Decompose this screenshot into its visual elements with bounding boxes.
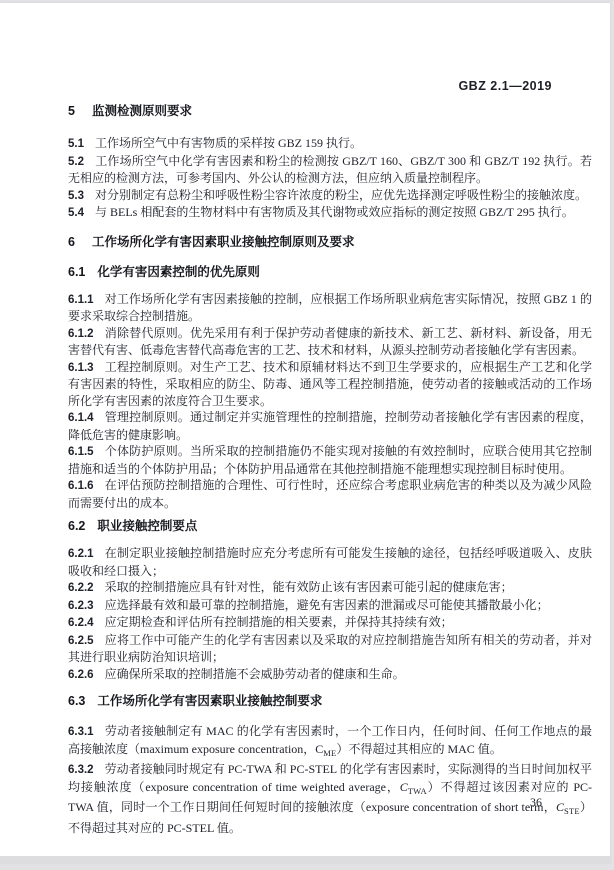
clause-number: 6.3.1 — [68, 726, 94, 738]
clause-6-2-1: 6.2.1在制定职业接触控制措施时应充分考虑所有可能发生接触的途径，包括经呼吸道… — [68, 545, 592, 579]
clause-number: 6.2.6 — [68, 669, 94, 681]
clause-text: 在评估预防控制措施的合理性、可行性时，还应综合考虑职业病危害的种类以及为减少风险… — [68, 478, 592, 510]
clause-number: 6.1.4 — [68, 412, 94, 424]
clause-text: 应确保所采取的控制措施不会威胁劳动者的健康和生命。 — [105, 667, 405, 681]
symbol-subscript: STE — [564, 806, 580, 816]
clause-number: 6 — [68, 235, 75, 249]
clause-number: 5 — [68, 104, 75, 118]
clause-number: 5.3 — [68, 190, 84, 202]
symbol-italic: C — [556, 800, 564, 814]
clause-number: 6.1.1 — [68, 294, 94, 306]
document-page: GBZ 2.1—2019 5监测检测原则要求5.1工作场所空气中有害物质的采样按… — [0, 3, 610, 863]
clause-number: 6.1.3 — [68, 362, 94, 374]
clause-number: 6.2.2 — [68, 582, 94, 594]
heading-text: 工作场所化学有害因素职业接触控制原则及要求 — [92, 235, 355, 249]
symbol-subscript: TWA — [408, 786, 427, 796]
section-heading-6-2: 6.2职业接触控制要点 — [68, 518, 592, 535]
symbol-subscript: ME — [323, 748, 336, 758]
clause-6-2-6: 6.2.6应确保所采取的控制措施不会威胁劳动者的健康和生命。 — [68, 666, 592, 684]
clause-text: 个体防护原则。当所采取的控制措施仍不能实现对接触的有效控制时，应联合使用其它控制… — [68, 444, 592, 476]
clause-number: 6.2 — [68, 519, 85, 533]
clause-6-1-2: 6.1.2消除替代原则。优先采用有利于保护劳动者健康的新技术、新工艺、新材料、新… — [68, 325, 592, 359]
section-heading-5: 5监测检测原则要求 — [68, 103, 592, 120]
clause-number: 5.1 — [68, 138, 84, 150]
clause-6-2-5: 6.2.5应将工作中可能产生的化学有害因素以及采取的对应控制措施告知所有相关的劳… — [68, 632, 592, 666]
clause-text: 工作场所空气中有害物质的采样按 GBZ 159 执行。 — [95, 136, 362, 150]
clause-text: 对工作场所化学有害因素接触的控制，应根据工作场所职业病危害实际情况，按照 GBZ… — [68, 292, 592, 324]
clause-number: 5.4 — [68, 207, 84, 219]
section-heading-6-1: 6.1化学有害因素控制的优先原则 — [68, 264, 592, 281]
clause-text: 管理控制原则。通过制定并实施管理性的控制措施，控制劳动者接触化学有害因素的程度，… — [68, 410, 592, 442]
heading-text: 工作场所化学有害因素职业接触控制要求 — [97, 694, 322, 708]
clause-6-2-3: 6.2.3应选择最有效和最可靠的控制措施，避免有害因素的泄漏或尽可能使其播散最小… — [68, 597, 592, 615]
clause-text: 与 BELs 相配套的生物材料中有害物质及其代谢物或效应指标的测定按照 GBZ/… — [95, 205, 574, 219]
clause-text: ）不得超过其相应的 MAC 值。 — [336, 742, 501, 756]
clause-number: 6.1.2 — [68, 328, 94, 340]
clause-6-3-2: 6.3.2劳动者接触同时规定有 PC-TWA 和 PC-STEL 的化学有害因素… — [68, 761, 592, 836]
clause-6-1-4: 6.1.4管理控制原则。通过制定并实施管理性的控制措施，控制劳动者接触化学有害因… — [68, 409, 592, 443]
clause-text: 应将工作中可能产生的化学有害因素以及采取的对应控制措施告知所有相关的劳动者，并对… — [68, 633, 592, 665]
clause-text: 工作场所空气中化学有害因素和粉尘的检测按 GBZ/T 160、GBZ/T 300… — [68, 154, 592, 186]
clause-text: 对分别制定有总粉尘和呼吸性粉尘容许浓度的粉尘，应优先选择测定呼吸性粉尘的接触浓度… — [95, 188, 587, 202]
clause-number: 6.2.3 — [68, 600, 94, 612]
clause-number: 5.2 — [68, 156, 84, 168]
clause-5-1: 5.1工作场所空气中有害物质的采样按 GBZ 159 执行。 — [68, 135, 592, 153]
clause-5-4: 5.4与 BELs 相配套的生物材料中有害物质及其代谢物或效应指标的测定按照 G… — [68, 204, 592, 222]
scan-edge-bottom — [0, 856, 610, 863]
clause-text: 工程控制原则。对生产工艺、技术和原辅材料达不到卫生学要求的，应根据生产工艺和化学… — [68, 360, 592, 408]
section-heading-6-3: 6.3工作场所化学有害因素职业接触控制要求 — [68, 693, 592, 710]
clause-6-1-1: 6.1.1对工作场所化学有害因素接触的控制，应根据工作场所职业病危害实际情况，按… — [68, 291, 592, 325]
clause-5-3: 5.3对分别制定有总粉尘和呼吸性粉尘容许浓度的粉尘，应优先选择测定呼吸性粉尘的接… — [68, 187, 592, 205]
clause-6-1-5: 6.1.5个体防护原则。当所采取的控制措施仍不能实现对接触的有效控制时，应联合使… — [68, 443, 592, 477]
standard-number-header: GBZ 2.1—2019 — [458, 79, 552, 93]
clause-number: 6.2.5 — [68, 635, 94, 647]
clause-number: 6.1.6 — [68, 480, 94, 492]
section-heading-6: 6工作场所化学有害因素职业接触控制原则及要求 — [68, 234, 592, 251]
clause-number: 6.3 — [68, 694, 85, 708]
clause-number: 6.2.1 — [68, 548, 94, 560]
clause-text: 应定期检查和评估所有控制措施的相关要素，并保持其持续有效； — [105, 615, 453, 629]
clause-6-1-6: 6.1.6在评估预防控制措施的合理性、可行性时，还应综合考虑职业病危害的种类以及… — [68, 477, 592, 511]
clause-text: 在制定职业接触控制措施时应充分考虑所有可能发生接触的途径，包括经呼吸道吸入、皮肤… — [68, 546, 592, 578]
heading-text: 监测检测原则要求 — [92, 104, 192, 118]
clause-6-2-2: 6.2.2采取的控制措施应具有针对性，能有效防止该有害因素可能引起的健康危害； — [68, 579, 592, 597]
clause-number: 6.1 — [68, 265, 85, 279]
heading-text: 化学有害因素控制的优先原则 — [97, 265, 260, 279]
clause-number: 6.3.2 — [68, 764, 94, 776]
clause-text: 采取的控制措施应具有针对性，能有效防止该有害因素可能引起的健康危害； — [105, 580, 513, 594]
clause-number: 6.2.4 — [68, 617, 94, 629]
page-number: 36 — [530, 795, 542, 810]
clause-number: 6.1.5 — [68, 446, 94, 458]
scan-background: GBZ 2.1—2019 5监测检测原则要求5.1工作场所空气中有害物质的采样按… — [0, 0, 614, 870]
clause-6-3-1: 6.3.1劳动者接触制定有 MAC 的化学有害因素时，一个工作日内，任何时间、任… — [68, 723, 592, 761]
document-body: 5监测检测原则要求5.1工作场所空气中有害物质的采样按 GBZ 159 执行。5… — [68, 103, 592, 836]
clause-5-2: 5.2工作场所空气中化学有害因素和粉尘的检测按 GBZ/T 160、GBZ/T … — [68, 153, 592, 187]
heading-text: 职业接触控制要点 — [97, 519, 197, 533]
clause-6-2-4: 6.2.4应定期检查和评估所有控制措施的相关要素，并保持其持续有效； — [68, 614, 592, 632]
symbol-italic: C — [400, 780, 408, 794]
clause-6-1-3: 6.1.3工程控制原则。对生产工艺、技术和原辅材料达不到卫生学要求的，应根据生产… — [68, 359, 592, 410]
clause-text: 消除替代原则。优先采用有利于保护劳动者健康的新技术、新工艺、新材料、新设备，用无… — [68, 326, 592, 358]
clause-text: 应选择最有效和最可靠的控制措施，避免有害因素的泄漏或尽可能使其播散最小化； — [105, 598, 549, 612]
